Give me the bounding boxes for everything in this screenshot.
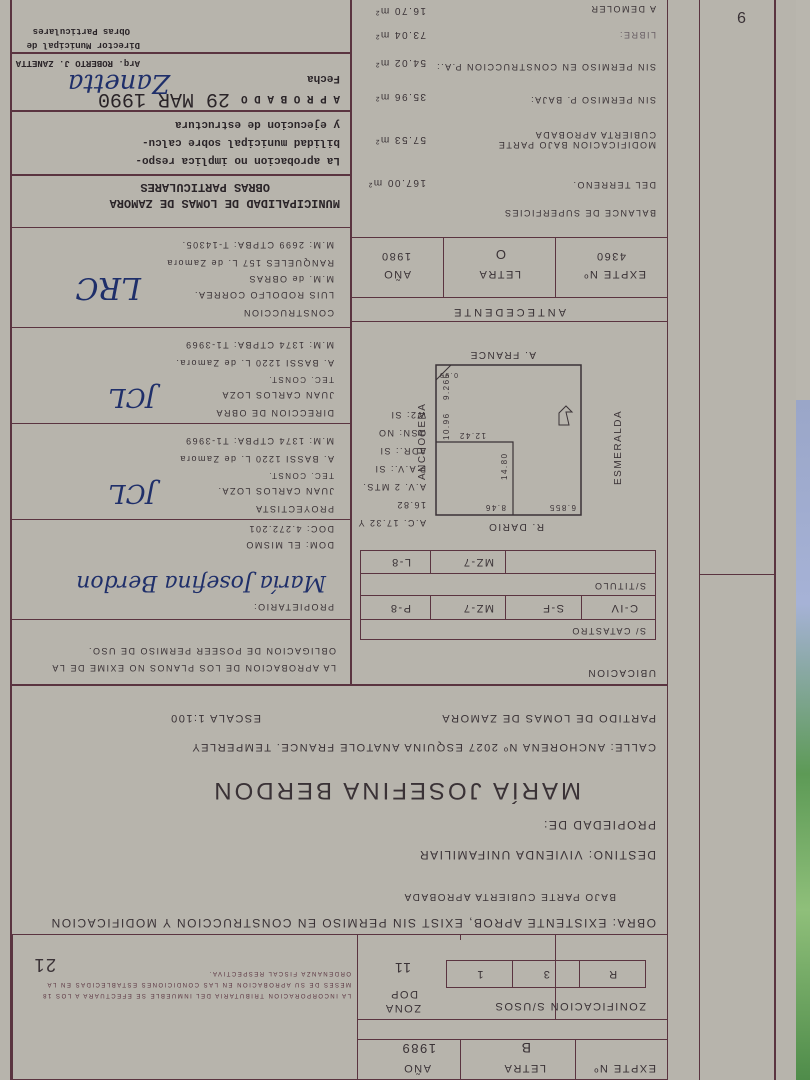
header-row — [358, 1019, 668, 1020]
official-name: Arq. ROBERTO J. ZANETTA — [16, 58, 140, 68]
official-dept: Obras Particulares — [33, 26, 130, 36]
margin-rule — [700, 574, 776, 575]
catastro-cell: P-8 — [389, 602, 411, 614]
antecedente-ano-label: AÑO — [383, 268, 411, 280]
antecedente-ano-value: 1980 — [381, 250, 411, 262]
zona-label: ZONA — [384, 1002, 421, 1014]
zonificacion-cell: 1 — [447, 961, 512, 987]
column-divider — [350, 0, 352, 684]
site-note: A.C. 17.32 Y 16.82 — [346, 496, 426, 532]
titulo-cell: L-8 — [391, 556, 411, 568]
header-col-divider — [357, 934, 358, 1080]
letra-label: LETRA — [503, 1062, 546, 1074]
propietario-domicilio: DOM: EL MISMO — [245, 540, 334, 550]
director-signature: Zanetta — [68, 68, 170, 98]
balance-value: 57.53 m² — [375, 134, 426, 145]
direccion-name: JUAN CARLOS LOZA — [221, 390, 334, 400]
stamp-rule — [12, 174, 350, 176]
zonificacion-cells: R 3 1 — [446, 960, 646, 988]
direccion-address: A. BASSI 1220 L. de Zamora. — [175, 358, 334, 368]
tax-notice: LA INCORPORACION TRIBUTARIA DEL INMUEBLE… — [21, 967, 351, 1000]
propietario-label: PROPIETARIO: — [253, 602, 334, 612]
corner-mark: 9 — [736, 7, 746, 25]
street-top: R. DARIO — [488, 521, 544, 532]
proyectista-matricula: M.M: 1374 CTPBA: T1-3969 — [185, 436, 334, 446]
ubicacion-col — [505, 596, 506, 620]
calle: CALLE: ANCHORENA Nº 2027 ESQUINA ANATOLE… — [191, 741, 656, 753]
balance-value: 35.96 m² — [375, 91, 426, 102]
propietario-documento: DOC: 4.272.201 — [248, 524, 334, 534]
balance-label: A DEMOLER — [590, 4, 656, 14]
antecedente-title: ANTECEDENTE — [451, 306, 566, 318]
antecedente-letra-label: LETRA — [478, 268, 521, 280]
stamp-header1: MUNICIPALIDAD DE LOMAS DE ZAMORA — [110, 196, 340, 210]
row-rule — [12, 227, 350, 228]
ubicacion-label: UBICACION — [587, 667, 656, 678]
dimension: 6.855 — [548, 503, 576, 512]
ubicacion-row — [360, 595, 656, 596]
zonificacion-cell: 3 — [512, 961, 578, 987]
dimension: 12.42 — [458, 431, 486, 440]
zonificacion-label: ZONIFICACION S/USOS — [494, 1000, 646, 1012]
partido: PARTIDO DE LOMAS DE ZAMORA — [441, 712, 656, 724]
frame-left — [774, 0, 776, 1080]
proyectista-title: TEC. CONST. — [268, 471, 334, 480]
balance-label: SIN PERMISO P. BAJA: — [530, 95, 656, 105]
proyectista-address: A. BASSI 1220 L. de Zamora — [179, 454, 334, 464]
balance-value: 73.04 m² — [375, 29, 426, 40]
balance-title: BALANCE DE SUPERFICIES — [503, 208, 656, 218]
balance-label: DEL TERRENO. — [572, 180, 656, 190]
balance-label: LIBRE: — [618, 30, 656, 40]
site-notes: A.C. 17.32 Y 16.82 A.V. 2 mts. P.A.V.: S… — [346, 406, 426, 532]
header-row-line — [358, 1039, 668, 1040]
dimension: 0.99 — [438, 371, 458, 378]
frame-inner-left — [699, 0, 700, 1080]
direccion-title: TEC. CONST. — [268, 375, 334, 384]
ano-label: AÑO — [403, 1062, 431, 1074]
construccion-matricula: M.M: 2699 CTPBA: T-14305. — [181, 240, 334, 250]
titulo-cell: MZ-7 — [462, 556, 494, 568]
site-note: Adr.: SI — [346, 442, 426, 460]
stamp-text2: bilidad municipal sobre calcu- — [142, 136, 340, 148]
propietario-signature: María Josefina Berdon — [76, 570, 326, 595]
antecedente-expte-label: EXPTE Nº — [583, 268, 646, 280]
frame-left-2 — [667, 0, 668, 1080]
construccion-label: CONSTRUCCION — [243, 308, 335, 318]
catastro-cell: C-IV — [610, 602, 638, 614]
site-note: OSN: NO — [346, 424, 426, 442]
official-title: Director Municipal de — [27, 40, 140, 50]
street-left: ESMERALDA — [613, 410, 624, 485]
header-col — [575, 1040, 576, 1080]
row-rule — [12, 327, 350, 328]
ubicacion-row — [360, 619, 656, 620]
zona-divider — [460, 934, 461, 940]
construccion-title: M.M. de OBRAS — [248, 274, 334, 284]
escala: ESCALA 1:100 — [170, 712, 261, 724]
antecedente-col — [555, 238, 556, 298]
stamp-rule — [12, 110, 350, 112]
zonificacion-cell: R — [579, 961, 645, 987]
stamp-text1: La aprobacion no implica respo- — [135, 154, 340, 166]
antecedente-col — [443, 238, 444, 298]
sheet: 9 EXPTE Nº LETRA B AÑO 1989 ZONIFICACION… — [0, 0, 796, 1080]
proyectista-label: PROYECTISTA — [255, 504, 334, 514]
stamp-text3: y ejecucion de estructura — [175, 118, 340, 130]
construccion-address: RANQUELES 157 L. de Zamora — [166, 258, 334, 268]
stamp-rule — [12, 52, 350, 54]
owner-name: MARÍA JOSEFINA BERDON — [211, 776, 581, 804]
catastro-cell: MZ-7 — [462, 602, 494, 614]
dimension: 10.96 — [442, 412, 451, 440]
municipal-approval-stamp: MUNICIPALIDAD DE LOMAS DE ZAMORA OBRAS P… — [12, 0, 350, 226]
ubicacion-row — [360, 573, 656, 574]
obra-line1: OBRA: EXISTENTE APROB, EXIST SIN PERMISO… — [50, 916, 656, 930]
antecedente-expte-value: 4360 — [596, 250, 626, 262]
zona-number: 11 — [393, 960, 411, 976]
site-note: A.V. 2 mts. — [346, 478, 426, 496]
antecedente-rule — [352, 297, 668, 298]
titulo-label: S/TITULO — [593, 581, 646, 591]
letra-value: B — [520, 1040, 531, 1056]
ubicacion-col — [430, 596, 431, 620]
site-note: P.A.V.: SI — [346, 460, 426, 478]
document-page: 9 EXPTE Nº LETRA B AÑO 1989 ZONIFICACION… — [0, 0, 810, 1080]
stamp-approved: A P R O B A D O — [241, 92, 340, 104]
direccion-signature: JCL — [108, 382, 156, 412]
header-col — [460, 1040, 461, 1080]
expte-label: EXPTE Nº — [593, 1062, 656, 1074]
ubicacion-col — [505, 550, 506, 574]
antecedente-letra-value: O — [494, 247, 506, 262]
direccion-label: DIRECCION DE OBRA — [215, 408, 334, 418]
direccion-matricula: M.M: 1374 CTPBA: T1-3969 — [185, 340, 334, 350]
section-rule — [12, 684, 668, 686]
balance-value: 54.02 m² — [375, 57, 426, 68]
ubicacion-col — [430, 550, 431, 574]
antecedente-rule — [352, 321, 668, 322]
proyectista-name: JUAN CARLOS LOZA. — [217, 486, 334, 496]
stamp-fecha-label: Fecha — [307, 72, 340, 84]
balance-value: 167.00 m² — [367, 177, 426, 188]
propiedad-label: PROPIEDAD DE: — [542, 818, 656, 832]
proyectista-signature: JCL — [108, 478, 156, 508]
row-rule — [12, 619, 350, 620]
catastro-cell: S-F — [542, 602, 564, 614]
dimension: 8.46 — [484, 503, 506, 512]
catastro-label: S/ CATASTRO — [571, 626, 646, 636]
page-number: 21 — [33, 954, 56, 975]
balance-label: MODIFICACION BAJO PARTE CUBIERTA APROBAD… — [476, 130, 656, 150]
ubicacion-col — [581, 596, 582, 620]
site-note: W2: SI — [346, 406, 426, 424]
ano-value: 1989 — [401, 1041, 436, 1056]
stamp-header2: OBRAS PARTICULARES — [140, 180, 270, 194]
street-bottom: A. FRANCE — [469, 349, 536, 360]
row-rule — [12, 423, 350, 424]
dimension: 14.80 — [500, 452, 509, 480]
antecedente-rule — [352, 237, 668, 238]
plano-notice: LA APROBACION DE LOS PLANOS NO EXIME DE … — [16, 642, 336, 676]
construccion-name: LUIS RODOLFO CORREA. — [193, 290, 334, 300]
balance-value: 16.70 m² — [375, 5, 426, 16]
balance-label: SIN PERMISO EN CONSTRUCCION P.A.: — [436, 62, 656, 72]
obra-line2: BAJO PARTE CUBIERTA APROBADA — [403, 891, 616, 902]
construccion-signature: LRC — [76, 270, 141, 305]
destino: DESTINO: VIVIENDA UNIFAMILIAR — [418, 848, 656, 862]
row-rule — [12, 519, 350, 520]
zona-value: DOP — [390, 988, 418, 1000]
